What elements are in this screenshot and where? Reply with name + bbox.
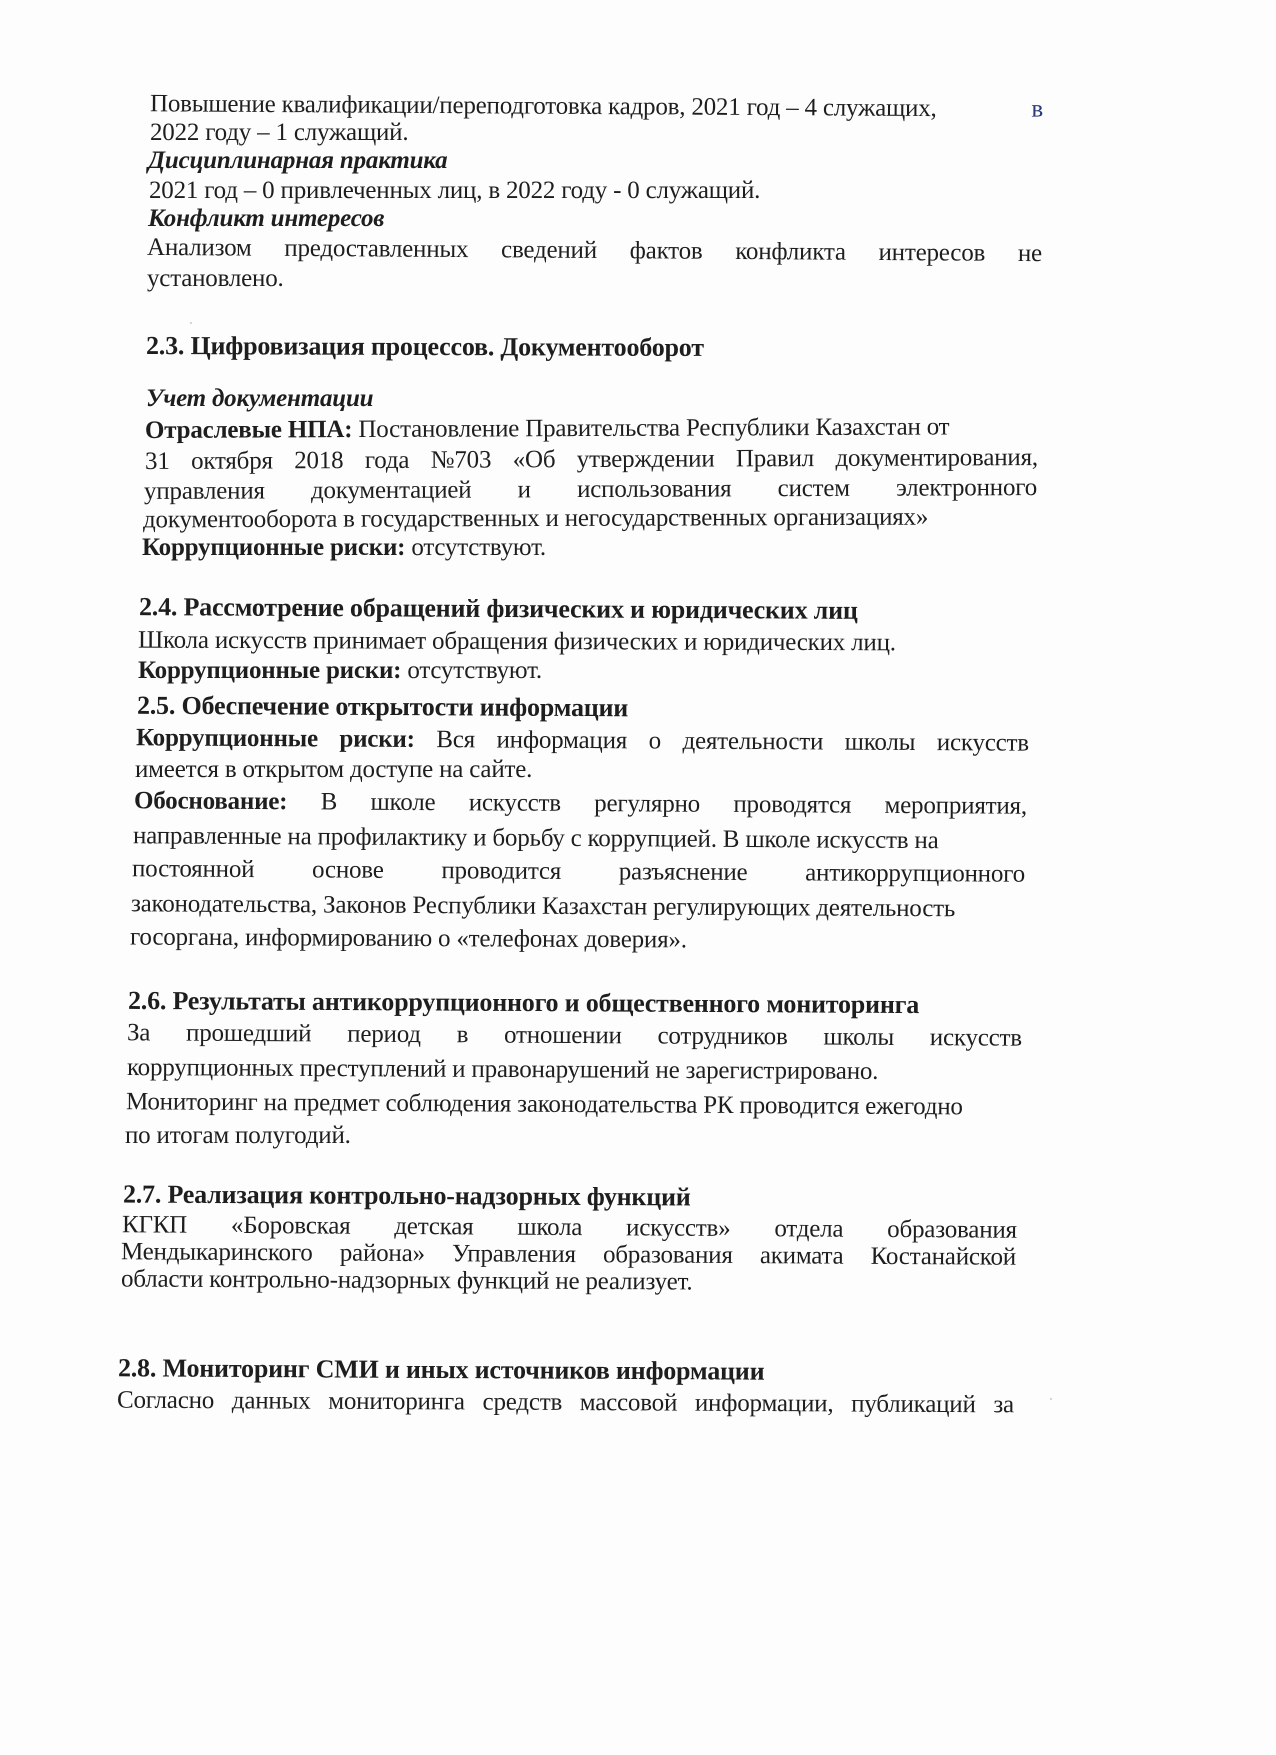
scan-speck	[190, 322, 192, 324]
word: мероприятия,	[884, 791, 1027, 822]
word: фактов	[630, 236, 703, 267]
section-2-8-heading: 2.8. Мониторинг СМИ и иных источников ин…	[118, 1353, 765, 1386]
section-2-4-text: Школа искусств принимает обращения физич…	[138, 626, 896, 659]
section-2-5-basis-line-5: госоргана, информированию о «телефонах д…	[130, 923, 687, 956]
word: утверждении	[577, 444, 715, 475]
word: разъяснение	[619, 857, 748, 888]
word: электронного	[896, 473, 1037, 504]
scan-speck	[1050, 1398, 1052, 1400]
word: искусств	[469, 788, 561, 819]
word: сотрудников	[657, 1022, 787, 1053]
word: 31	[145, 447, 170, 477]
word: документацией	[311, 476, 472, 507]
scanned-document-page: Повышение квалификации/переподготовка ка…	[0, 0, 1276, 1755]
section-2-6-line-1: За прошедший период в отношении сотрудни…	[127, 1018, 1022, 1053]
basis-label: Обоснование:	[134, 786, 288, 817]
word: 2018	[294, 446, 343, 476]
word: о	[649, 726, 661, 756]
word: КГКП	[122, 1210, 187, 1240]
section-2-8-line-1: Согласно данных мониторинга средств масс…	[117, 1386, 1014, 1421]
word: проводится	[441, 856, 561, 887]
word: искусств	[937, 728, 1029, 759]
section-2-3-risks: Коррупционные риски: отсутствуют.	[142, 533, 546, 563]
basis-text: направленные на профилактику и борьбу с …	[133, 821, 939, 856]
risks-label: Коррупционные риски:	[142, 534, 405, 561]
disciplinary-text: 2021 год – 0 привлеченных лиц, в 2022 го…	[149, 176, 760, 206]
word: Правил	[736, 444, 814, 474]
risks-label: Коррупционные	[136, 723, 318, 754]
risks-text: отсутствуют.	[411, 534, 546, 561]
section-2-4-risks: Коррупционные риски: отсутствуют.	[138, 656, 542, 686]
section-2-5-basis-line-1: Обоснование: В школе искусств регулярно …	[134, 786, 1027, 821]
word: отношении	[504, 1021, 622, 1052]
word: управления	[144, 476, 265, 507]
word: школе	[370, 788, 435, 818]
word: акимата	[760, 1241, 844, 1272]
word: данных	[232, 1386, 311, 1416]
word: района»	[340, 1239, 425, 1270]
word: использования	[577, 474, 731, 505]
word: за	[993, 1390, 1014, 1420]
section-2-5-risks-line-1: Коррупционные риски: Вся информация о де…	[136, 723, 1029, 758]
section-2-6-heading: 2.6. Результаты антикоррупционного и общ…	[128, 986, 919, 1020]
word: «Об	[513, 445, 556, 475]
section-2-7-line-3: области контрольно-надзорных функций не …	[121, 1265, 693, 1298]
word: документирования,	[835, 443, 1038, 474]
word: Анализом	[147, 233, 252, 264]
intro-line-2: 2022 году – 1 служащий.	[150, 118, 408, 148]
word: интересов	[878, 238, 985, 269]
word: публикаций	[851, 1389, 976, 1420]
section-2-5-heading: 2.5. Обеспечение открытости информации	[137, 691, 628, 724]
word: регулярно	[594, 789, 700, 820]
conflict-line-2: установлено.	[147, 264, 284, 294]
word: антикоррупционного	[805, 858, 1025, 889]
risks-label: риски:	[339, 725, 415, 755]
word: массовой	[580, 1388, 678, 1419]
section-2-3-npa-line-2: 31 октября 2018 года №703 «Об утверждени…	[145, 443, 1038, 477]
word: школы	[845, 728, 916, 758]
word: информации,	[695, 1389, 834, 1420]
section-2-6-line-4: по итогам полугодий.	[125, 1121, 351, 1151]
basis-text: законодательства, Законов Республики Каз…	[131, 889, 955, 924]
word: мониторинга	[328, 1387, 465, 1418]
section-2-3-subheading: Учет документации	[146, 384, 373, 414]
section-2-4-heading: 2.4. Рассмотрение обращений физических и…	[139, 592, 858, 626]
word: Вся	[436, 725, 475, 755]
section-2-3-heading: 2.3. Цифровизация процессов. Документооб…	[146, 331, 704, 363]
word: конфликта	[735, 237, 846, 268]
word: школа	[517, 1213, 582, 1243]
word: прошедший	[186, 1019, 312, 1050]
word: Костанайской	[871, 1242, 1016, 1273]
word: сведений	[501, 235, 597, 266]
word: искусств»	[626, 1213, 731, 1244]
word: детская	[394, 1212, 473, 1242]
section-2-3-npa-line-4: документооборота в государственных и нег…	[143, 503, 928, 536]
scan-speck	[430, 1002, 432, 1004]
word: В	[321, 787, 338, 817]
word: период	[347, 1020, 421, 1050]
word: и	[518, 475, 531, 505]
word: искусств	[930, 1023, 1022, 1054]
monitoring-text: Мониторинг на предмет соблюдения законод…	[126, 1087, 963, 1122]
word: предоставленных	[284, 234, 468, 265]
word: За	[127, 1018, 150, 1048]
word: октября	[191, 446, 273, 476]
disciplinary-heading: Дисциплинарная практика	[148, 146, 447, 176]
risks-text: отсутствуют.	[407, 657, 542, 684]
section-2-5-basis-line-2: направленные на профилактику и борьбу с …	[133, 821, 1026, 856]
word: отдела	[774, 1214, 843, 1244]
word: средств	[483, 1388, 563, 1418]
npa-text: Постановление Правительства Республики К…	[358, 413, 949, 443]
word: Согласно	[117, 1386, 214, 1417]
word: систем	[778, 474, 850, 504]
intro-text-preposition: в	[1031, 95, 1043, 125]
word: №703	[431, 445, 492, 475]
section-2-5-basis-line-3: постоянной основе проводится разъяснение…	[132, 854, 1025, 889]
word: в	[457, 1020, 469, 1050]
section-2-6-line-2: коррупционных преступлений и правонаруше…	[127, 1053, 878, 1087]
word: основе	[312, 855, 384, 885]
word: не	[1018, 239, 1042, 269]
word: школы	[823, 1023, 894, 1053]
section-2-6-line-3: Мониторинг на предмет соблюдения законод…	[126, 1087, 1021, 1122]
word: деятельности	[682, 727, 823, 758]
section-2-7-heading: 2.7. Реализация контрольно-надзорных фун…	[123, 1180, 691, 1213]
risks-label: Коррупционные риски:	[138, 657, 401, 684]
word: информация	[496, 725, 627, 756]
section-2-5-basis-line-4: законодательства, Законов Республики Каз…	[131, 889, 1024, 924]
word: года	[365, 446, 410, 476]
npa-label: Отраслевые НПА:	[145, 416, 352, 444]
word: постоянной	[132, 854, 255, 885]
section-2-5-risks-line-2: имеется в открытом доступе на сайте.	[135, 755, 532, 785]
section-2-3-npa-line-1: Отраслевые НПА: Постановление Правительс…	[145, 412, 1038, 446]
word: проводятся	[733, 790, 851, 821]
conflict-heading: Конфликт интересов	[148, 204, 384, 234]
